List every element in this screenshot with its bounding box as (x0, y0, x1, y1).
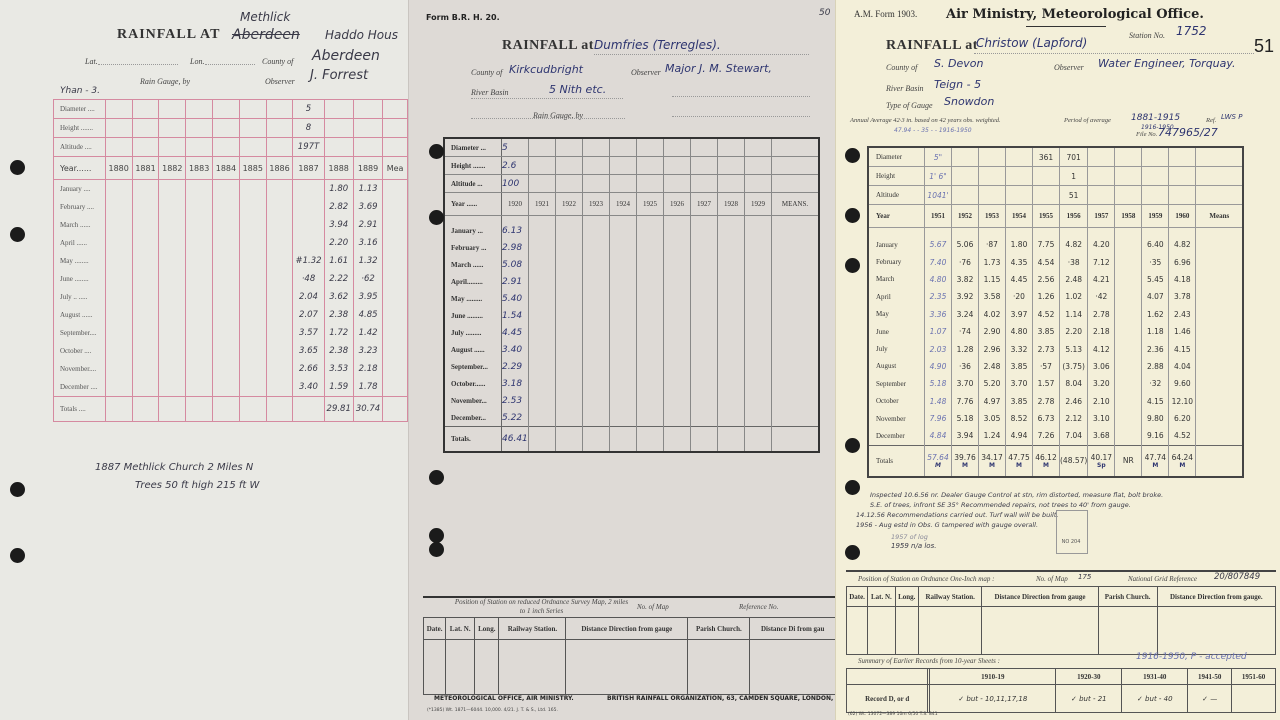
value-cell: 4.84 (925, 427, 952, 445)
table-cell (637, 175, 664, 193)
lat-line (98, 64, 178, 65)
value-cell: 2.20 (324, 234, 353, 252)
value-cell: 3.05 (979, 410, 1006, 427)
value-cell (1033, 186, 1060, 205)
table-row: March ......3.942.91 (54, 216, 408, 234)
footer-map-label: No. of Map (637, 603, 669, 611)
value-cell (293, 198, 324, 216)
table-cell (556, 375, 583, 392)
table-cell (353, 138, 382, 157)
observer-value: Major J. M. Stewart, (665, 62, 772, 75)
value-cell: 5 (502, 138, 529, 157)
year-header: 1880 (105, 157, 132, 180)
value-cell: 5.08 (502, 256, 529, 273)
table-cell (745, 138, 772, 157)
table-cell (556, 239, 583, 256)
punch-hole (845, 480, 860, 495)
value-cell: 1.46 (1169, 323, 1196, 340)
year-header: 1927 (691, 193, 718, 216)
row-label: Altitude ... (444, 175, 502, 193)
value-cell: 3.16 (353, 234, 382, 252)
inspection-notes: Inspected 10.6.56 nr. Dealer Gauge Contr… (856, 490, 1163, 530)
table-cell (1157, 607, 1275, 655)
value-cell: ·20 (1006, 288, 1033, 305)
value-cell: 1 (1060, 167, 1088, 186)
table-row: Height1' 6"1 (868, 167, 1243, 186)
table-cell (1196, 427, 1244, 445)
value-cell: 3.85 (1033, 323, 1060, 340)
value-cell: 2.18 (1088, 323, 1115, 340)
row-label: Year (868, 205, 925, 228)
table-cell (556, 427, 583, 453)
value-cell: 9.16 (1142, 427, 1169, 445)
value-cell: 6.73 (1033, 410, 1060, 427)
table-cell (772, 375, 820, 392)
punch-hole (429, 470, 444, 485)
value-cell (1169, 147, 1196, 167)
inspection-note: S.E. of trees, infront SE 35° Recommende… (856, 500, 1163, 510)
value-cell: 3.40 (293, 378, 324, 397)
value-cell: 2.96 (979, 340, 1006, 357)
sheet-title: RAINFALL at (502, 38, 594, 54)
period-value: 1881-1915 (1131, 113, 1180, 123)
punch-hole (845, 148, 860, 163)
value-cell: 2.91 (353, 216, 382, 234)
inspection-note: 1956 - Aug estd in Obs. G tampered with … (856, 520, 1163, 530)
punch-hole (845, 438, 860, 453)
table-cell (266, 270, 293, 288)
total-value: 57.64 (925, 453, 951, 462)
total-mark: M (1169, 462, 1195, 469)
table-cell (691, 157, 718, 175)
position-label: Position of Station on Ordnance One-Inch… (858, 575, 994, 583)
table-cell (610, 341, 637, 358)
month-label: September.... (54, 324, 106, 342)
year-header: 1887 (293, 157, 324, 180)
value-cell: 3.40 (502, 341, 529, 358)
table-cell (772, 427, 820, 453)
table-cell (718, 324, 745, 341)
table-cell (583, 375, 610, 392)
month-label: March ...... (54, 216, 106, 234)
value-cell: 6.13 (502, 216, 529, 240)
table-cell (383, 397, 408, 422)
value-cell (1088, 186, 1115, 205)
table-cell (1196, 323, 1244, 340)
value-cell: 1.62 (1142, 306, 1169, 323)
county-value: S. Devon (934, 57, 983, 70)
value-cell (952, 167, 979, 186)
table-cell (383, 288, 408, 306)
value-cell: 5.13 (1060, 340, 1088, 357)
table-cell (186, 180, 213, 199)
value-cell: 2.73 (1033, 340, 1060, 357)
year-header: 1889 (353, 157, 382, 180)
table-cell (186, 397, 213, 422)
table-cell (1196, 306, 1244, 323)
table-cell (239, 324, 266, 342)
month-label: January ... (444, 216, 502, 240)
value-cell (1142, 186, 1169, 205)
value-cell: 1.80 (324, 180, 353, 199)
value-cell: 7.76 (952, 393, 979, 410)
value-cell: 4.20 (1088, 228, 1115, 254)
value-cell (1006, 167, 1033, 186)
value-cell: 4.45 (1006, 271, 1033, 288)
value-cell: 1.61 (324, 252, 353, 270)
value-cell: 3.97 (1006, 306, 1033, 323)
table-cell (383, 324, 408, 342)
value-cell: 3.85 (1006, 393, 1033, 410)
value-cell (1115, 271, 1142, 288)
table-row: December...5.22 (444, 409, 819, 427)
table-cell (772, 409, 820, 427)
gauge-type-label: Type of Gauge (886, 101, 933, 110)
value-cell: 3.82 (952, 271, 979, 288)
month-label: July (868, 340, 925, 357)
table-cell (691, 409, 718, 427)
value-cell (1006, 147, 1033, 167)
value-cell: 2.20 (1060, 323, 1088, 340)
value-cell: 4.97 (979, 393, 1006, 410)
table-cell (745, 239, 772, 256)
table-cell (213, 342, 240, 360)
table-cell (637, 273, 664, 290)
value-cell: 1.54 (502, 307, 529, 324)
table-cell (637, 324, 664, 341)
table-cell (583, 157, 610, 175)
value-cell: 3.92 (952, 288, 979, 305)
table-cell (556, 307, 583, 324)
table-cell (475, 640, 499, 695)
value-cell: 1.14 (1060, 306, 1088, 323)
decade-mark: ✓ but - 10,11,17,18 (930, 685, 1056, 713)
table-cell (132, 180, 159, 199)
value-cell (1115, 375, 1142, 392)
punch-hole (845, 208, 860, 223)
month-label: November.... (54, 360, 106, 378)
month-label: April......... (444, 273, 502, 290)
column-header: Long. (895, 587, 918, 607)
value-cell (1115, 427, 1142, 445)
table-cell (745, 358, 772, 375)
value-cell (293, 234, 324, 252)
year-header: 1882 (159, 157, 186, 180)
table-cell (610, 239, 637, 256)
value-cell: 7.04 (1060, 427, 1088, 445)
table-cell (745, 375, 772, 392)
total-mark: Sp (1088, 462, 1114, 469)
table-cell (718, 239, 745, 256)
observer-label: Observer (1054, 63, 1084, 72)
totals-cell: 57.64M (925, 445, 952, 477)
value-cell: 361 (1033, 147, 1060, 167)
table-cell (847, 607, 868, 655)
value-cell (1115, 340, 1142, 357)
value-cell: 4.80 (925, 271, 952, 288)
table-cell (239, 288, 266, 306)
table-cell (132, 397, 159, 422)
year-header: 1881 (132, 157, 159, 180)
table-cell (239, 119, 266, 138)
row-label: Diameter ... (444, 138, 502, 157)
value-cell: #1.32 (293, 252, 324, 270)
value-cell: 701 (1060, 147, 1088, 167)
table-cell (610, 427, 637, 453)
value-cell: 3.53 (324, 360, 353, 378)
table-row: November7.965.183.058.526.732.123.109.80… (868, 410, 1243, 427)
value-cell: 4.21 (1088, 271, 1115, 288)
table-cell (132, 378, 159, 397)
table-cell (664, 138, 691, 157)
table-cell (383, 180, 408, 199)
value-cell: 8.52 (1006, 410, 1033, 427)
table-cell (718, 157, 745, 175)
table-cell (637, 409, 664, 427)
table-cell (664, 358, 691, 375)
table-cell (691, 256, 718, 273)
station-name-struck: Aberdeen (232, 27, 300, 43)
value-cell: 6.40 (1142, 228, 1169, 254)
value-cell: 3.68 (1088, 427, 1115, 445)
table-cell (556, 409, 583, 427)
value-cell: 51 (1060, 186, 1088, 205)
table-cell (583, 307, 610, 324)
value-cell: 9.60 (1169, 375, 1196, 392)
table-cell (529, 157, 556, 175)
table-cell (718, 273, 745, 290)
total-value: 34.17 (979, 453, 1005, 462)
value-cell: 1.59 (324, 378, 353, 397)
value-cell: 1.07 (925, 323, 952, 340)
table-cell (664, 290, 691, 307)
table-cell (529, 239, 556, 256)
table-cell (186, 216, 213, 234)
value-cell (293, 180, 324, 199)
month-label: October...... (444, 375, 502, 392)
value-cell: 1.57 (1033, 375, 1060, 392)
value-cell: 4.94 (1006, 427, 1033, 445)
river-basin-label: River Basin (471, 88, 509, 97)
value-cell: 2.88 (1142, 358, 1169, 375)
station-position-table: Date.Lat. N.Long.Railway Station.Distanc… (846, 586, 1276, 655)
table-cell (213, 234, 240, 252)
month-label: August (868, 358, 925, 375)
table-cell (691, 216, 718, 240)
year-header: 1923 (583, 193, 610, 216)
value-cell: 1.42 (353, 324, 382, 342)
punch-hole (10, 227, 25, 242)
value-cell: ·62 (353, 270, 382, 288)
table-cell (772, 273, 820, 290)
table-cell (918, 607, 982, 655)
table-cell (324, 138, 353, 157)
table-cell (383, 360, 408, 378)
table-cell (266, 234, 293, 252)
table-cell (583, 138, 610, 157)
value-cell: 1041' (925, 186, 952, 205)
row-label: Altitude (868, 186, 925, 205)
table-cell (424, 640, 446, 695)
table-row: February ....2.823.69 (54, 198, 408, 216)
total-value: NR (1115, 456, 1141, 465)
table-cell (750, 640, 836, 695)
table-cell (772, 358, 820, 375)
summary-table: 1910-191920-301931-401941-501951-60 Reco… (846, 668, 1276, 713)
value-cell: 1.73 (979, 253, 1006, 270)
value-cell (1115, 323, 1142, 340)
value-cell: 1.24 (979, 427, 1006, 445)
column-header: Date. (424, 618, 446, 640)
table-cell (1196, 253, 1244, 270)
table-cell (556, 175, 583, 193)
value-cell: 2.66 (293, 360, 324, 378)
totals-cell: 47.75M (1006, 445, 1033, 477)
year-header: 1955 (1033, 205, 1060, 228)
year-header: 1929 (745, 193, 772, 216)
punch-hole (10, 548, 25, 563)
table-cell (213, 252, 240, 270)
value-cell (1006, 186, 1033, 205)
annual-average: Annual Average 42·3 in. based on 42 year… (850, 117, 1001, 124)
decade-header: 1931-40 (1122, 669, 1188, 685)
table-row: Totals.46.41 (444, 427, 819, 453)
table-row: Totals57.64M39.76M34.17M47.75M46.12M(48.… (868, 445, 1243, 477)
value-cell: 7.96 (925, 410, 952, 427)
table-cell (186, 360, 213, 378)
table-cell (664, 273, 691, 290)
table-cell (772, 175, 820, 193)
table-cell (159, 216, 186, 234)
value-cell: 1.18 (1142, 323, 1169, 340)
means-header: MEANS. (772, 193, 820, 216)
table-cell (1196, 340, 1244, 357)
table-cell (159, 198, 186, 216)
table-cell (847, 669, 928, 685)
value-cell (952, 147, 979, 167)
column-header: Parish Church. (1098, 587, 1157, 607)
footer-ref-label: Reference No. (739, 603, 778, 611)
value-cell: 2.78 (1088, 306, 1115, 323)
value-cell: 2.48 (1060, 271, 1088, 288)
table-row: December4.843.941.244.947.267.043.689.16… (868, 427, 1243, 445)
station-no-label: Station No. (1129, 31, 1165, 40)
table-cell (266, 360, 293, 378)
table-row: May ........#1.321.611.32 (54, 252, 408, 270)
value-cell: 4.18 (1169, 271, 1196, 288)
decade-mark: ✓ — (1188, 685, 1232, 713)
totals-cell: NR (1115, 445, 1142, 477)
table-cell (718, 375, 745, 392)
month-label: May (868, 306, 925, 323)
table-cell (159, 252, 186, 270)
form-label: Form B.R. H. 20. (426, 13, 500, 22)
table-cell (132, 198, 159, 216)
table-cell (664, 427, 691, 453)
column-header: Distance Direction from gauge (566, 618, 688, 640)
table-cell (159, 119, 186, 138)
table-row: Altitude1041'51 (868, 186, 1243, 205)
totals-cell (293, 397, 324, 422)
table-cell (745, 427, 772, 453)
value-cell: 4.35 (1006, 253, 1033, 270)
table-cell (132, 100, 159, 119)
table-cell (718, 256, 745, 273)
table-cell (718, 216, 745, 240)
table-row: January ....1.801.13 (54, 180, 408, 199)
totals-cell: 29.81 (324, 397, 353, 422)
value-cell: ·35 (1142, 253, 1169, 270)
table-cell (691, 392, 718, 409)
table-cell (745, 216, 772, 240)
table-cell (691, 358, 718, 375)
column-header: Distance Di from gau (750, 618, 836, 640)
table-cell (556, 216, 583, 240)
stamp-label: NO 204 (1056, 539, 1086, 545)
month-label: December .... (54, 378, 106, 397)
decade-header: 1920-30 (1056, 669, 1122, 685)
value-cell: 3.06 (1088, 358, 1115, 375)
year-header: 1952 (952, 205, 979, 228)
decade-header: 1910-19 (930, 669, 1056, 685)
table-cell (383, 119, 408, 138)
table-row: March ......5.08 (444, 256, 819, 273)
form-label: A.M. Form 1903. (854, 9, 917, 19)
station-name: Christow (Lapford) (976, 36, 1087, 50)
table-cell (745, 341, 772, 358)
value-cell (1115, 147, 1142, 167)
table-cell (1098, 607, 1157, 655)
observer-value: Water Engineer, Torquay. (1098, 57, 1236, 70)
column-header: Parish Church. (688, 618, 750, 640)
value-cell: 3.70 (1006, 375, 1033, 392)
observer-label: Observer (631, 68, 661, 77)
sheet-title: RAINFALL AT (117, 27, 220, 43)
imprint-right: BRITISH RAINFALL ORGANIZATION, 63, CAMDE… (607, 695, 836, 702)
month-label: March (868, 271, 925, 288)
footnote-line-1: 1887 Methlick Church 2 Miles N (95, 462, 253, 473)
value-cell: 2.03 (925, 340, 952, 357)
value-cell (1115, 253, 1142, 270)
rainfall-table-1920s: Diameter ...5Height .......2.6Altitude .… (443, 137, 820, 453)
table-cell (213, 138, 240, 157)
value-cell (1169, 186, 1196, 205)
imprint-left: METEOROLOGICAL OFFICE, AIR MINISTRY. (434, 695, 574, 702)
month-label: June ......... (444, 307, 502, 324)
totals-cell: 46.41 (502, 427, 529, 453)
value-cell (1088, 147, 1115, 167)
table-cell (383, 216, 408, 234)
table-cell (186, 342, 213, 360)
table-cell (186, 234, 213, 252)
table-cell (213, 100, 240, 119)
table-cell (266, 138, 293, 157)
station-correction: Methlick (240, 10, 290, 24)
table-row: July .........4.45 (444, 324, 819, 341)
value-cell: 4.52 (1169, 427, 1196, 445)
value-cell: 2.12 (1060, 410, 1088, 427)
value-cell: 7.12 (1088, 253, 1115, 270)
column-header: Distance Direction from gauge. (1157, 587, 1275, 607)
value-cell (1115, 186, 1142, 205)
totals-cell: 34.17M (979, 445, 1006, 477)
value-cell (1115, 288, 1142, 305)
year-header: 1884 (213, 157, 240, 180)
table-cell (556, 341, 583, 358)
table-cell (1196, 410, 1244, 427)
value-cell: 1.32 (353, 252, 382, 270)
table-cell (159, 234, 186, 252)
